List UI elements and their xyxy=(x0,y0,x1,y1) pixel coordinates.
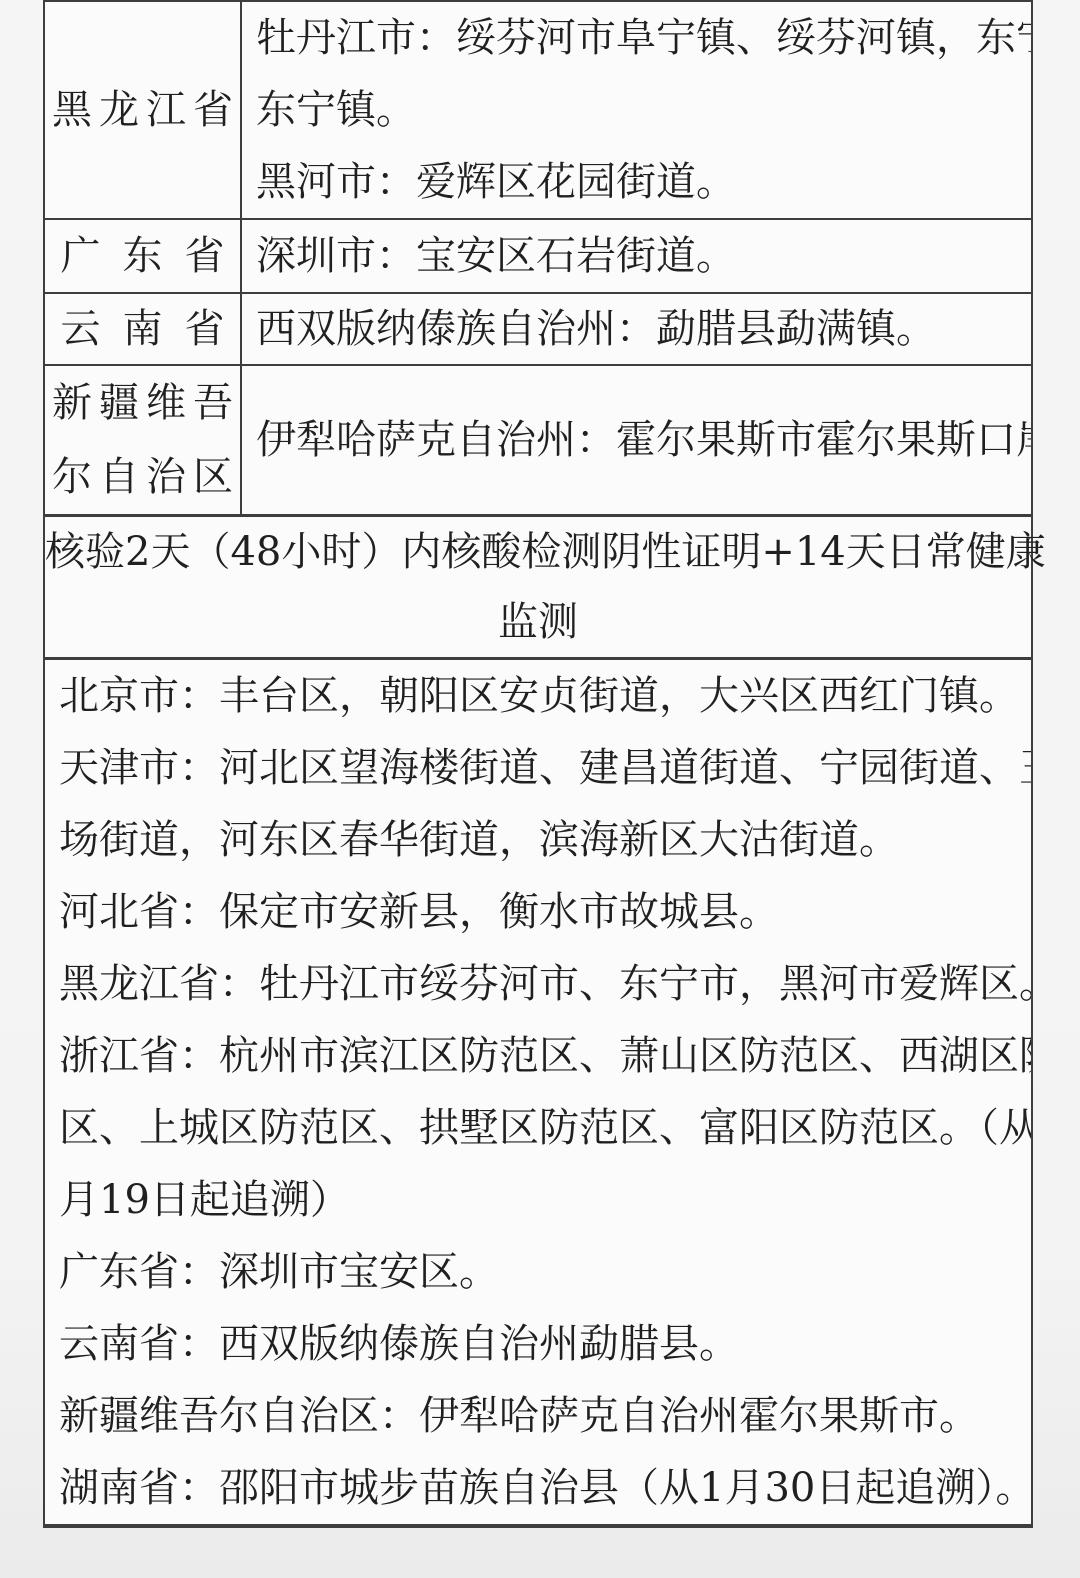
covid-policy-table: 黑龙江省牡丹江市：绥芬河市阜宁镇、绥芬河镇，东宁市东宁镇。黑河市：爱辉区花园街道… xyxy=(43,0,1033,1528)
province-label-line: 广东省 xyxy=(61,219,247,293)
document-page: 黑龙江省牡丹江市：绥芬河市阜宁镇、绥芬河镇，东宁市东宁镇。黑河市：爱辉区花园街道… xyxy=(0,0,1080,1578)
requirement-line: 云南省：西双版纳傣族自治州勐腊县。 xyxy=(59,1308,1021,1380)
requirement-line: 浙江省：杭州市滨江区防范区、萧山区防范区、西湖区防范 xyxy=(59,1020,1021,1092)
detail-cell: 牡丹江市：绥芬河市阜宁镇、绥芬河镇，东宁市东宁镇。黑河市：爱辉区花园街道。 xyxy=(242,2,1031,218)
province-label-line: 云南省 xyxy=(61,292,247,366)
requirement-line: 月19日起追溯） xyxy=(59,1164,1021,1236)
requirement-line: 广东省：深圳市宝安区。 xyxy=(59,1236,1021,1308)
detail-line: 深圳市：宝安区石岩街道。 xyxy=(256,220,1031,292)
requirement-line: 场街道，河东区春华街道，滨海新区大沽街道。 xyxy=(59,804,1021,876)
requirement-line: 北京市：丰台区，朝阳区安贞街道，大兴区西红门镇。 xyxy=(59,660,1021,732)
requirement-line: 黑龙江省：牡丹江市绥芬河市、东宁市，黑河市爱辉区。 xyxy=(59,948,1021,1020)
requirement-line: 区、上城区防范区、拱墅区防范区、富阳区防范区。（从1 xyxy=(59,1092,1021,1164)
detail-cell: 深圳市：宝安区石岩街道。 xyxy=(242,220,1031,292)
detail-line: 西双版纳傣族自治州：勐腊县勐满镇。 xyxy=(256,294,1031,364)
requirement-line: 天津市：河北区望海楼街道、建昌道街道、宁园街道、王串 xyxy=(59,732,1021,804)
section-header-line: 核验2天（48小时）内核酸检测阴性证明+14天日常健康 xyxy=(45,517,1031,587)
province-cell: 新疆维吾尔自治区 xyxy=(45,366,242,514)
requirement-line: 河北省：保定市安新县，衡水市故城县。 xyxy=(59,876,1021,948)
detail-cell: 西双版纳傣族自治州：勐腊县勐满镇。 xyxy=(242,294,1031,364)
province-label-line: 尔自治区 xyxy=(52,440,240,514)
detail-line: 东宁镇。 xyxy=(256,74,1031,146)
province-label-line: 新疆维吾 xyxy=(52,366,240,440)
table-row: 云南省西双版纳傣族自治州：勐腊县勐满镇。 xyxy=(45,294,1031,366)
requirement-line: 湖南省：邵阳市城步苗族自治县（从1月30日起追溯）。 xyxy=(59,1452,1021,1524)
province-cell: 广东省 xyxy=(45,220,242,292)
requirement-line: 新疆维吾尔自治区：伊犁哈萨克自治州霍尔果斯市。 xyxy=(59,1380,1021,1452)
detail-line: 伊犁哈萨克自治州：霍尔果斯市霍尔果斯口岸。 xyxy=(256,404,1031,476)
table-row: 广东省深圳市：宝安区石岩街道。 xyxy=(45,220,1031,294)
requirement-list: 北京市：丰台区，朝阳区安贞街道，大兴区西红门镇。天津市：河北区望海楼街道、建昌道… xyxy=(45,660,1031,1524)
detail-cell: 伊犁哈萨克自治州：霍尔果斯市霍尔果斯口岸。 xyxy=(242,366,1031,514)
detail-line: 牡丹江市：绥芬河市阜宁镇、绥芬河镇，东宁市 xyxy=(256,2,1031,74)
province-label-line: 黑龙江省 xyxy=(52,73,240,147)
table-row: 新疆维吾尔自治区伊犁哈萨克自治州：霍尔果斯市霍尔果斯口岸。 xyxy=(45,366,1031,514)
province-cell: 黑龙江省 xyxy=(45,2,242,218)
section-header-line: 监测 xyxy=(45,587,1031,657)
table-row: 黑龙江省牡丹江市：绥芬河市阜宁镇、绥芬河镇，东宁市东宁镇。黑河市：爱辉区花园街道… xyxy=(45,2,1031,220)
detail-line: 黑河市：爱辉区花园街道。 xyxy=(256,146,1031,218)
section-header: 核验2天（48小时）内核酸检测阴性证明+14天日常健康监测 xyxy=(45,514,1031,660)
province-rows: 黑龙江省牡丹江市：绥芬河市阜宁镇、绥芬河镇，东宁市东宁镇。黑河市：爱辉区花园街道… xyxy=(45,2,1031,514)
province-cell: 云南省 xyxy=(45,294,242,364)
